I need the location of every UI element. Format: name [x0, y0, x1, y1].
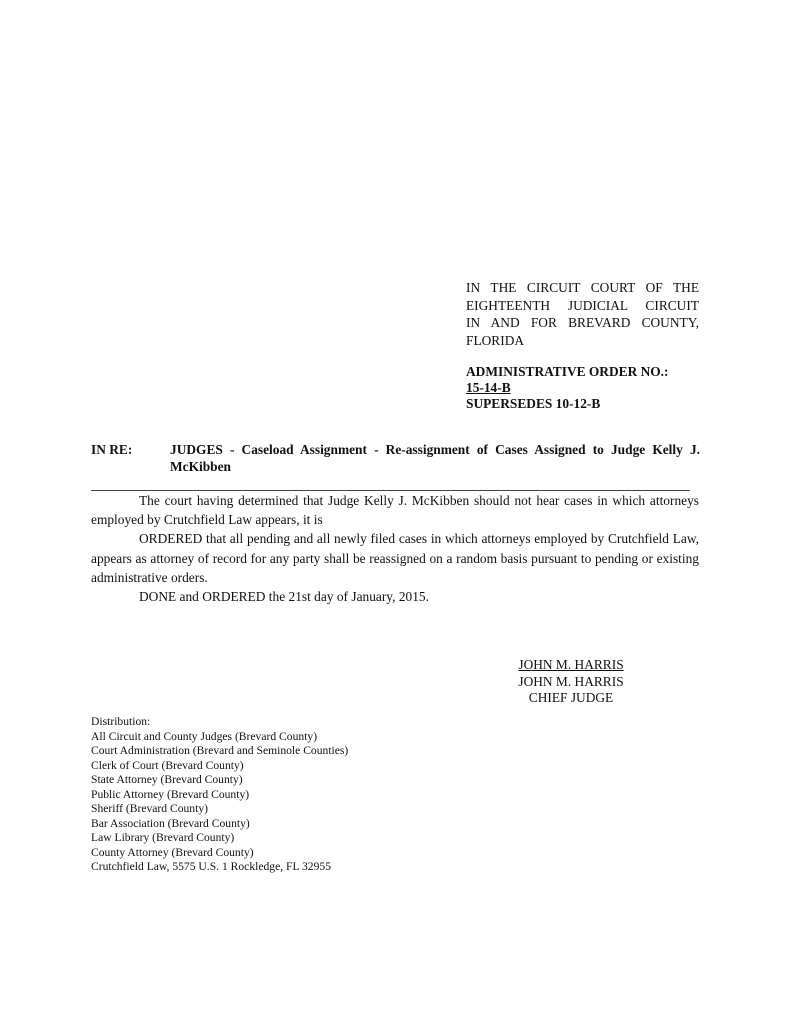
distribution-item: All Circuit and County Judges (Brevard C… [91, 730, 491, 745]
distribution-item: Crutchfield Law, 5575 U.S. 1 Rockledge, … [91, 860, 491, 875]
distribution-item: Sheriff (Brevard County) [91, 802, 491, 817]
body-paragraph: DONE and ORDERED the 21st day of January… [91, 587, 699, 606]
distribution-item: Public Attorney (Brevard County) [91, 788, 491, 803]
distribution-list: Distribution: All Circuit and County Jud… [91, 715, 491, 875]
caption-line: IN THE CIRCUIT COURT OF THE [466, 279, 699, 297]
caption-line: IN AND FOR BREVARD COUNTY, [466, 314, 699, 332]
distribution-heading: Distribution: [91, 715, 491, 730]
signer-printed-name: JOHN M. HARRIS [496, 674, 646, 691]
signature-block: JOHN M. HARRIS JOHN M. HARRIS CHIEF JUDG… [496, 657, 646, 707]
in-re-label: IN RE: [91, 442, 132, 459]
distribution-item: Bar Association (Brevard County) [91, 817, 491, 832]
administrative-order-header: ADMINISTRATIVE ORDER NO.: 15-14-B SUPERS… [466, 364, 706, 413]
distribution-item: County Attorney (Brevard County) [91, 846, 491, 861]
signature: JOHN M. HARRIS [518, 657, 623, 672]
signer-title: CHIEF JUDGE [496, 690, 646, 707]
body-paragraph: ORDERED that all pending and all newly f… [91, 529, 699, 587]
distribution-item: Law Library (Brevard County) [91, 831, 491, 846]
caption-line: FLORIDA [466, 332, 699, 350]
court-caption: IN THE CIRCUIT COURT OF THE EIGHTEENTH J… [466, 279, 699, 349]
document-page: IN THE CIRCUIT COURT OF THE EIGHTEENTH J… [0, 0, 791, 1024]
caption-line: EIGHTEENTH JUDICIAL CIRCUIT [466, 297, 699, 315]
body-paragraph: The court having determined that Judge K… [91, 491, 699, 529]
distribution-item: State Attorney (Brevard County) [91, 773, 491, 788]
in-re-subject: JUDGES - Caseload Assignment - Re-assign… [170, 442, 700, 475]
order-supersedes: SUPERSEDES 10-12-B [466, 396, 706, 412]
order-body: The court having determined that Judge K… [91, 491, 699, 606]
distribution-item: Clerk of Court (Brevard County) [91, 759, 491, 774]
order-number: 15-14-B [466, 380, 511, 395]
order-title: ADMINISTRATIVE ORDER NO.: [466, 364, 706, 380]
distribution-item: Court Administration (Brevard and Semino… [91, 744, 491, 759]
